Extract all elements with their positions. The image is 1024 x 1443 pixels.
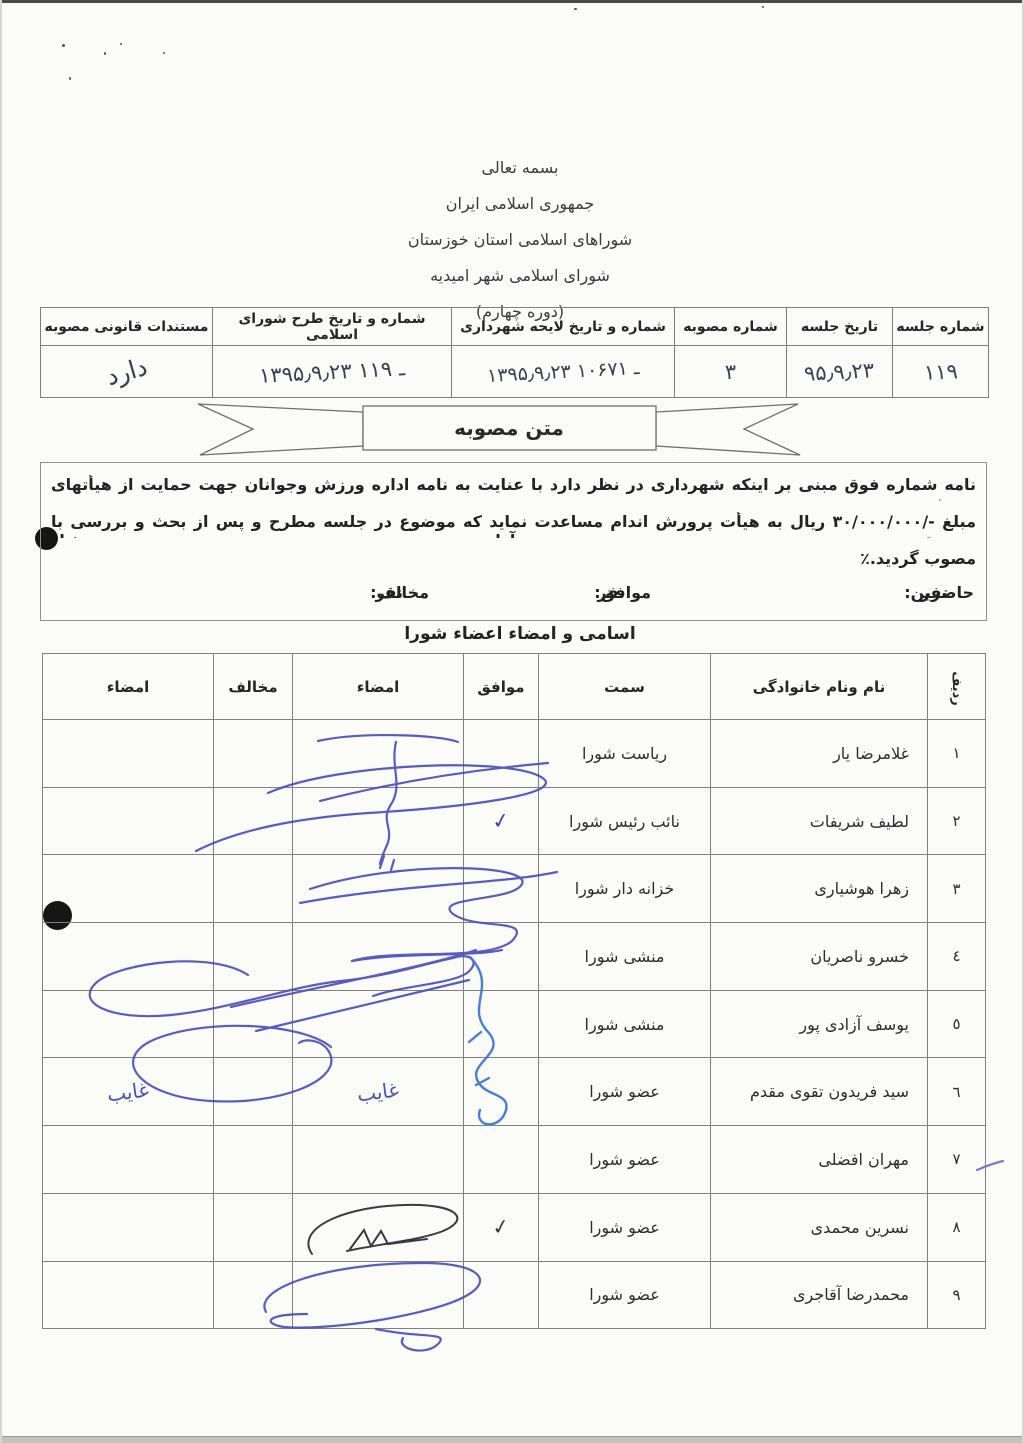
scan-edge-left — [0, 0, 2, 1443]
member-name: لطیف شریفات — [711, 787, 928, 855]
member-row: ۹ محمدرضا آقاجری عضو شورا — [43, 1261, 986, 1329]
oppose-cell — [214, 855, 293, 923]
member-row: ٤ خسرو ناصریان منشی شورا — [43, 923, 986, 991]
signature-cell-2: غایب — [43, 1058, 214, 1126]
member-row: ۳ زهرا هوشیاری خزانه دار شورا — [43, 855, 986, 923]
member-no: ۳ — [928, 855, 986, 923]
col-header-signature-2: امضاء — [43, 654, 214, 720]
signature-cell-2 — [43, 720, 214, 788]
oppose-cell — [214, 720, 293, 788]
agree-cell — [464, 1126, 539, 1194]
col-header-signature: امضاء — [293, 654, 464, 720]
agree-cell — [464, 923, 539, 991]
member-name: سید فریدون تقوی مقدم — [711, 1058, 928, 1126]
member-no: ۷ — [928, 1126, 986, 1194]
agree-cell — [464, 990, 539, 1058]
ink-speck — [163, 52, 165, 54]
meta-header-session-date: تاریخ جلسه — [787, 308, 893, 346]
resolution-banner-ribbon: متن مصوبه — [0, 398, 1024, 462]
member-position: منشی شورا — [539, 923, 711, 991]
member-position: عضو شورا — [539, 1193, 711, 1261]
ink-speck — [574, 8, 577, 10]
col-header-oppose: مخالف — [214, 654, 293, 720]
col-header-agree: موافق — [464, 654, 539, 720]
agree-value: نفر — [598, 583, 625, 602]
signature-cell-2 — [43, 990, 214, 1058]
meta-header-municipality-bill: شماره و تاریخ لایحه شهرداری — [452, 308, 675, 346]
handwritten-checkmark: ✓ — [490, 1214, 512, 1241]
handwritten-checkmark: ✓ — [490, 808, 512, 835]
member-row: ۸ نسرین محمدی عضو شورا ✓ — [43, 1193, 986, 1261]
member-row: ۲ لطیف شریفات نائب رئیس شورا ✓ — [43, 787, 986, 855]
member-name: یوسف آزادی پور — [711, 990, 928, 1058]
signature-cell — [293, 787, 464, 855]
handwritten-absent-note: غایب — [106, 1077, 150, 1106]
meta-value-municipality-bill: ۱۳۹۵٫۹٫۲۳ ـ ۱۰۶۷۱ — [452, 346, 675, 398]
handwritten-absent-note: غایب — [356, 1077, 400, 1106]
handwritten-value: ۱۳۹۵٫۹٫۲۳ ـ ۱۱۹ — [258, 356, 405, 388]
meta-header-row: شماره جلسه تاریخ جلسه شماره مصوبه شماره … — [41, 308, 989, 346]
resolution-line-2: مبلغ -/۳۰/۰۰۰/۰۰۰ ریال به هیأت پرورش اند… — [51, 512, 976, 538]
signature-cell-2 — [43, 1261, 214, 1329]
agree-cell: ✓ — [464, 1193, 539, 1261]
scan-edge-top — [0, 0, 1024, 3]
member-name: مهران افضلی — [711, 1126, 928, 1194]
member-no: ٥ — [928, 990, 986, 1058]
meta-value-resolution-no: ۳ — [675, 346, 787, 398]
signature-cell-2 — [43, 1193, 214, 1261]
signature-cell: غایب — [293, 1058, 464, 1126]
ribbon-right-tail — [656, 404, 800, 455]
handwritten-value: ۹۵٫۹٫۲۳ — [804, 358, 875, 386]
ink-speck — [120, 43, 122, 45]
letterhead-line: بسمه تعالی — [312, 150, 728, 186]
handwritten-value: ۳ — [724, 359, 737, 384]
letterhead-line: شوراهای اسلامی استان خوزستان — [312, 222, 728, 258]
member-name: خسرو ناصریان — [711, 923, 928, 991]
member-name: محمدرضا آقاجری — [711, 1261, 928, 1329]
member-row: ٥ یوسف آزادی پور منشی شورا — [43, 990, 986, 1058]
member-position: عضو شورا — [539, 1058, 711, 1126]
col-header-row-no: ردیف — [928, 654, 986, 720]
row-no-label: ردیف — [949, 671, 964, 706]
banner-title: متن مصوبه — [454, 416, 564, 440]
document-letterhead: بسمه تعالی جمهوری اسلامی ایران شوراهای ا… — [312, 150, 728, 330]
signature-cell-2 — [43, 855, 214, 923]
present-value: نفر — [921, 583, 948, 602]
agree-cell — [464, 855, 539, 923]
letterhead-line: شورای اسلامی شهر امیدیه — [312, 258, 728, 294]
member-position: نائب رئیس شورا — [539, 787, 711, 855]
member-row: ۱ غلامرضا یار ریاست شورا — [43, 720, 986, 788]
oppose-cell — [214, 787, 293, 855]
member-position: عضو شورا — [539, 1126, 711, 1194]
oppose-cell — [214, 923, 293, 991]
handwritten-value: ۱۱۹ — [923, 359, 958, 385]
scanned-council-resolution-page: بسمه تعالی جمهوری اسلامی ایران شوراهای ا… — [0, 0, 1024, 1443]
meta-table: شماره جلسه تاریخ جلسه شماره مصوبه شماره … — [40, 307, 989, 398]
meta-value-session-no: ۱۱۹ — [893, 346, 989, 398]
member-position: خزانه دار شورا — [539, 855, 711, 923]
ink-speck — [62, 44, 65, 47]
signature-cell — [293, 1193, 464, 1261]
member-no: ۱ — [928, 720, 986, 788]
ribbon-left-tail — [198, 404, 363, 455]
signatures-section-title: اسامی و امضاء اعضاء شورا — [280, 624, 760, 644]
meta-value-legal-docs: دارد — [41, 346, 213, 398]
col-header-name: نام ونام خانوادگی — [711, 654, 928, 720]
agree-cell — [464, 1261, 539, 1329]
signatures-header-row: ردیف نام ونام خانوادگی سمت موافق امضاء م… — [43, 654, 986, 720]
oppose-cell — [214, 1193, 293, 1261]
meta-value-session-date: ۹۵٫۹٫۲۳ — [787, 346, 893, 398]
oppose-cell — [214, 1058, 293, 1126]
signatures-table: ردیف نام ونام خانوادگی سمت موافق امضاء م… — [42, 653, 986, 1329]
member-position: منشی شورا — [539, 990, 711, 1058]
member-no: ۲ — [928, 787, 986, 855]
resolution-line-3: مصوب گردید.٪ — [51, 549, 976, 568]
meta-header-legal-docs: مستندات قانونی مصوبه — [41, 308, 213, 346]
scan-edge-bottom — [0, 1436, 1024, 1443]
signature-cell — [293, 923, 464, 991]
col-header-position: سمت — [539, 654, 711, 720]
handwritten-value: دارد — [103, 352, 151, 391]
agree-cell — [464, 1058, 539, 1126]
ink-speck — [762, 6, 764, 8]
meta-header-council-plan: شماره و تاریخ طرح شورای اسلامی — [213, 308, 452, 346]
signature-cell-2 — [43, 923, 214, 991]
member-no: ٤ — [928, 923, 986, 991]
letterhead-line: جمهوری اسلامی ایران — [312, 186, 728, 222]
signature-cell — [293, 855, 464, 923]
member-no: ۸ — [928, 1193, 986, 1261]
meta-header-resolution-no: شماره مصوبه — [675, 308, 787, 346]
ink-speck — [104, 52, 106, 55]
agree-cell — [464, 720, 539, 788]
oppose-value: نفر — [376, 583, 403, 602]
member-name: زهرا هوشیاری — [711, 855, 928, 923]
member-row: ۷ مهران افضلی عضو شورا — [43, 1126, 986, 1194]
resolution-text-box: نامه شماره فوق مبنی بر اینکه شهرداری در … — [40, 462, 987, 621]
signature-cell — [293, 1261, 464, 1329]
member-no: ٦ — [928, 1058, 986, 1126]
member-name: نسرین محمدی — [711, 1193, 928, 1261]
member-no: ۹ — [928, 1261, 986, 1329]
signature-cell-2 — [43, 1126, 214, 1194]
signature-cell — [293, 990, 464, 1058]
ink-speck — [69, 77, 71, 80]
member-position: ریاست شورا — [539, 720, 711, 788]
member-position: عضو شورا — [539, 1261, 711, 1329]
oppose-cell — [214, 1261, 293, 1329]
handwritten-value: ۱۳۹۵٫۹٫۲۳ ـ ۱۰۶۷۱ — [486, 357, 639, 387]
resolution-line-1: نامه شماره فوق مبنی بر اینکه شهرداری در … — [51, 475, 976, 501]
member-name: غلامرضا یار — [711, 720, 928, 788]
meta-header-session-no: شماره جلسه — [893, 308, 989, 346]
oppose-cell — [214, 1126, 293, 1194]
signature-cell — [293, 720, 464, 788]
meta-value-council-plan: ۱۳۹۵٫۹٫۲۳ ـ ۱۱۹ — [213, 346, 452, 398]
oppose-cell — [214, 990, 293, 1058]
attendance-line: حاضرین: نفر موافق: نفر مخالف: نفر — [41, 583, 986, 615]
signature-cell-2 — [43, 787, 214, 855]
member-row: ٦ سید فریدون تقوی مقدم عضو شورا غایب غای… — [43, 1058, 986, 1126]
meta-value-row: ۱۱۹ ۹۵٫۹٫۲۳ ۳ ۱۳۹۵٫۹٫۲۳ ـ ۱۰۶۷۱ ۱۳۹۵٫۹٫۲… — [41, 346, 989, 398]
signature-cell — [293, 1126, 464, 1194]
agree-cell: ✓ — [464, 787, 539, 855]
